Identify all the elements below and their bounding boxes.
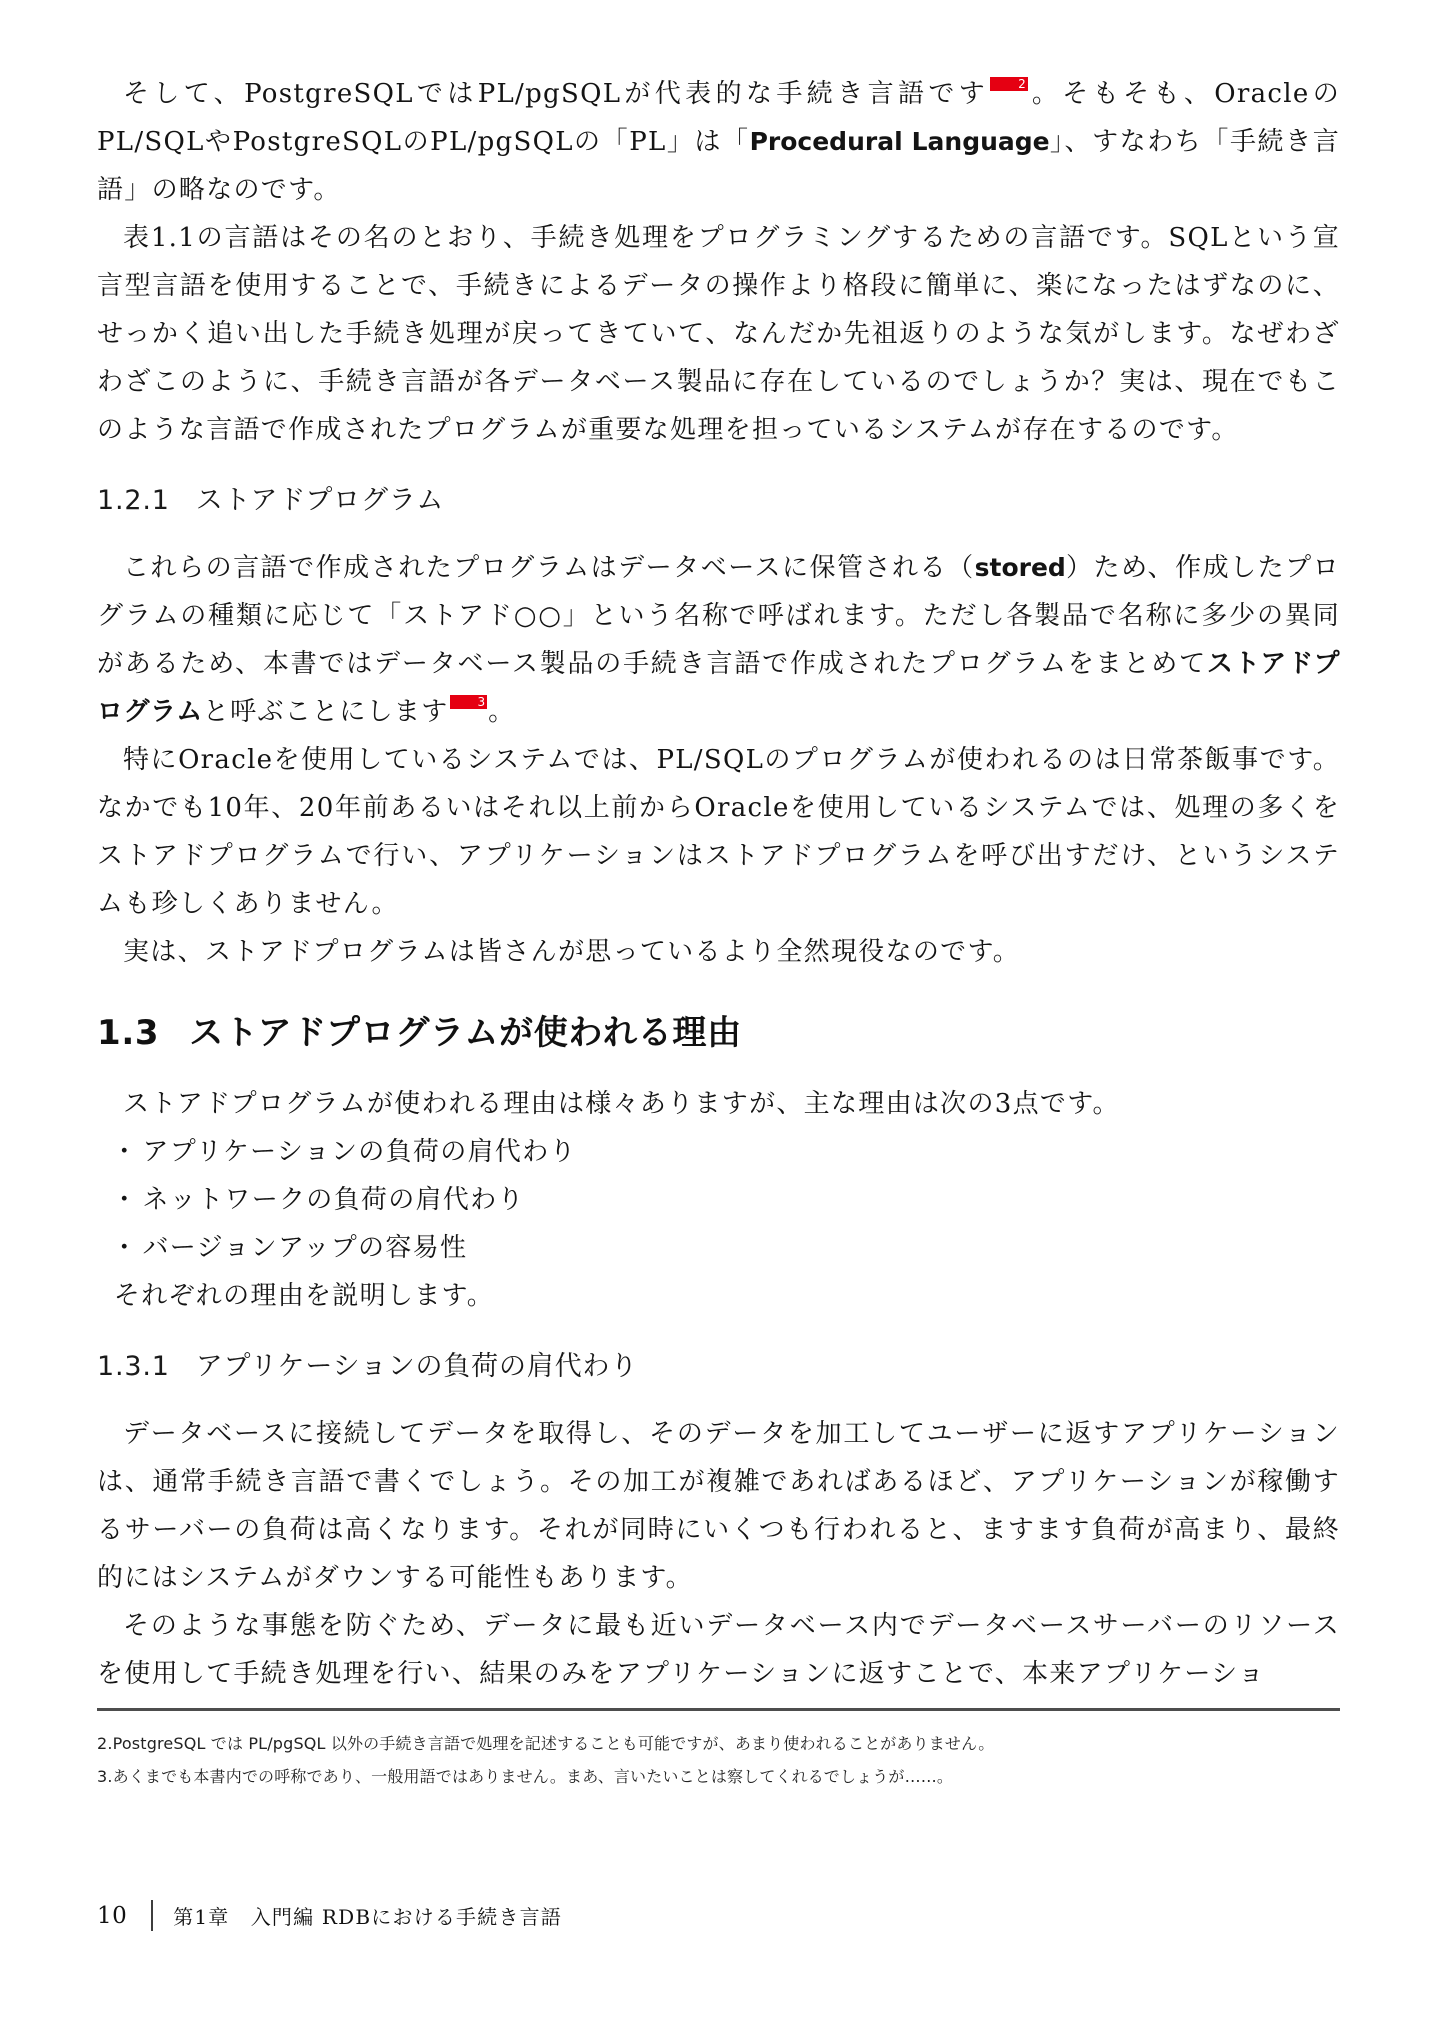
emphasis-procedural-language: Procedural Language bbox=[750, 127, 1050, 156]
section-number: 1.3.1 bbox=[97, 1351, 170, 1382]
text-segment: 。 bbox=[488, 697, 515, 727]
text-segment: これらの言語で作成されたプログラムはデータベースに保管される（ bbox=[123, 553, 975, 583]
text-segment: と呼ぶことにします bbox=[203, 697, 449, 727]
page-number: 10 bbox=[97, 1903, 127, 1929]
chapter-title: 第1章 入門編 RDBにおける手続き言語 bbox=[173, 1901, 562, 1930]
footnote-number: 2. bbox=[97, 1734, 113, 1753]
footnote-area: 2.PostgreSQL では PL/pgSQL 以外の手続き言語で処理を記述す… bbox=[97, 1708, 1340, 1793]
list-item-label: ネットワークの負荷の肩代わり bbox=[143, 1185, 525, 1215]
section-heading-1-3-1: 1.3.1アプリケーションの負荷の肩代わり bbox=[97, 1348, 1340, 1386]
reason-list: ・アプリケーションの負荷の肩代わり ・ネットワークの負荷の肩代わり ・バージョン… bbox=[97, 1128, 1340, 1272]
paragraph-app-load: データベースに接続してデータを取得し、そのデータを加工してユーザーに返すアプリケ… bbox=[97, 1410, 1340, 1602]
footnote-ref-2: 2 bbox=[990, 77, 1028, 91]
footnote-number: 3. bbox=[97, 1767, 113, 1786]
page-footer: 10 第1章 入門編 RDBにおける手続き言語 bbox=[97, 1900, 562, 1931]
section-number: 1.3 bbox=[97, 1013, 159, 1053]
bullet-icon: ・ bbox=[111, 1185, 138, 1215]
list-item: ・ネットワークの負荷の肩代わり bbox=[97, 1176, 1340, 1224]
paragraph-still-active: 実は、ストアドプログラムは皆さんが思っているより全然現役なのです。 bbox=[97, 928, 1340, 976]
footnote-text: あくまでも本書内での呼称であり、一般用語ではありません。まあ、言いたいことは察し… bbox=[113, 1767, 953, 1786]
list-item-label: アプリケーションの負荷の肩代わり bbox=[143, 1137, 577, 1167]
footnote-text: PostgreSQL では PL/pgSQL 以外の手続き言語で処理を記述するこ… bbox=[113, 1734, 995, 1753]
section-number: 1.2.1 bbox=[97, 485, 170, 516]
section-title: アプリケーションの負荷の肩代わり bbox=[196, 1351, 638, 1382]
paragraph-table-languages: 表1.1の言語はその名のとおり、手続き処理をプログラミングするための言語です。S… bbox=[97, 214, 1340, 454]
paragraph-oracle: 特にOracleを使用しているシステムでは、PL/SQLのプログラムが使われるの… bbox=[97, 736, 1340, 928]
section-title: ストアドプログラム bbox=[196, 485, 444, 516]
list-item: ・バージョンアップの容易性 bbox=[97, 1224, 1340, 1272]
bullet-icon: ・ bbox=[111, 1137, 138, 1167]
section-heading-1-2-1: 1.2.1ストアドプログラム bbox=[97, 482, 1340, 520]
paragraph-stored: これらの言語で作成されたプログラムはデータベースに保管される（stored）ため… bbox=[97, 544, 1340, 736]
text-segment: そして、PostgreSQLではPL/pgSQLが代表的な手続き言語です bbox=[123, 79, 989, 109]
footnote-ref-3: 3 bbox=[450, 695, 488, 709]
book-page: そして、PostgreSQLではPL/pgSQLが代表的な手続き言語です2。そも… bbox=[0, 0, 1433, 2024]
bullet-icon: ・ bbox=[111, 1233, 138, 1263]
footnote-3: 3.あくまでも本書内での呼称であり、一般用語ではありません。まあ、言いたいことは… bbox=[97, 1760, 1340, 1793]
paragraph-db-resources: そのような事態を防ぐため、データに最も近いデータベース内でデータベースサーバーの… bbox=[97, 1602, 1340, 1698]
list-item-label: バージョンアップの容易性 bbox=[143, 1233, 468, 1263]
paragraph-reasons: ストアドプログラムが使われる理由は様々ありますが、主な理由は次の3点です。 bbox=[97, 1080, 1340, 1128]
list-item: ・アプリケーションの負荷の肩代わり bbox=[97, 1128, 1340, 1176]
footnote-2: 2.PostgreSQL では PL/pgSQL 以外の手続き言語で処理を記述す… bbox=[97, 1727, 1340, 1760]
page-content: そして、PostgreSQLではPL/pgSQLが代表的な手続き言語です2。そも… bbox=[97, 0, 1340, 1698]
paragraph-explain-each: それぞれの理由を説明します。 bbox=[97, 1272, 1340, 1320]
footer-divider bbox=[151, 1900, 153, 1931]
paragraph-intro: そして、PostgreSQLではPL/pgSQLが代表的な手続き言語です2。そも… bbox=[97, 70, 1340, 214]
section-title: ストアドプログラムが使われる理由 bbox=[189, 1013, 742, 1053]
emphasis-stored: stored bbox=[975, 553, 1066, 582]
section-heading-1-3: 1.3ストアドプログラムが使われる理由 bbox=[97, 1010, 1340, 1056]
footnote-rule bbox=[97, 1708, 1340, 1711]
